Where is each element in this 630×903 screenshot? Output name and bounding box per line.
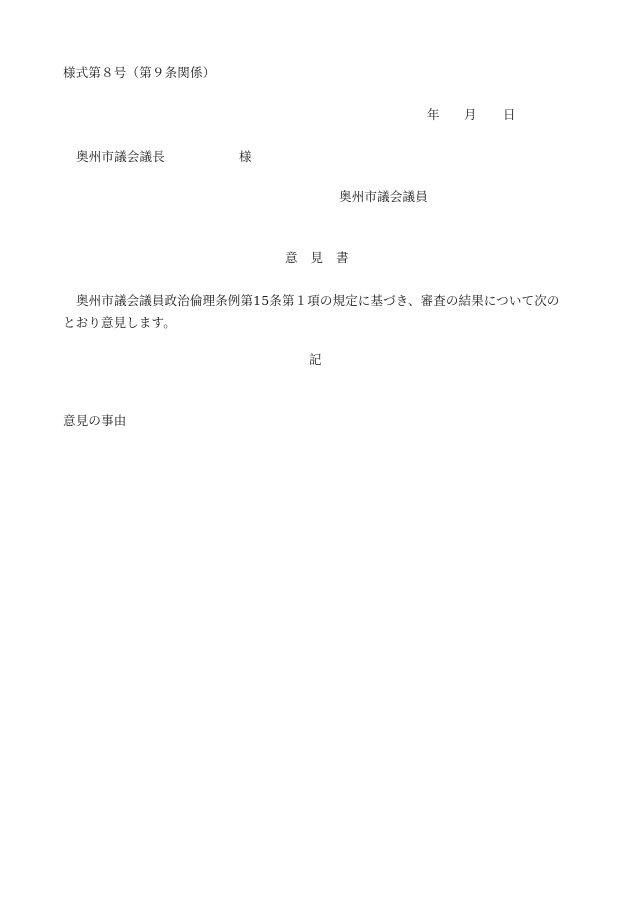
addressee-name: 奥州市議会議長 bbox=[76, 149, 165, 165]
document-page: 様式第８号（第９条関係） 年 月 日 奥州市議会議長 様 奥州市議会議員 意見書… bbox=[0, 0, 630, 903]
title-char: 意 bbox=[285, 250, 298, 266]
sender-name: 奥州市議会議員 bbox=[339, 189, 428, 205]
date-month-label: 月 bbox=[464, 107, 477, 123]
addressee-honorific: 様 bbox=[239, 149, 252, 165]
body-paragraph: 奥州市議会議員政治倫理条例第15条第１項の規定に基づき、審査の結果について次のと… bbox=[63, 290, 567, 334]
title-char: 見 bbox=[311, 250, 324, 266]
reason-heading: 意見の事由 bbox=[63, 413, 127, 429]
form-number: 様式第８号（第９条関係） bbox=[63, 65, 215, 81]
date-day-label: 日 bbox=[503, 107, 516, 123]
title-char: 書 bbox=[336, 250, 349, 266]
document-title: 意見書 bbox=[285, 250, 349, 266]
ki-marker: 記 bbox=[309, 352, 322, 368]
date-year-label: 年 bbox=[427, 107, 440, 123]
